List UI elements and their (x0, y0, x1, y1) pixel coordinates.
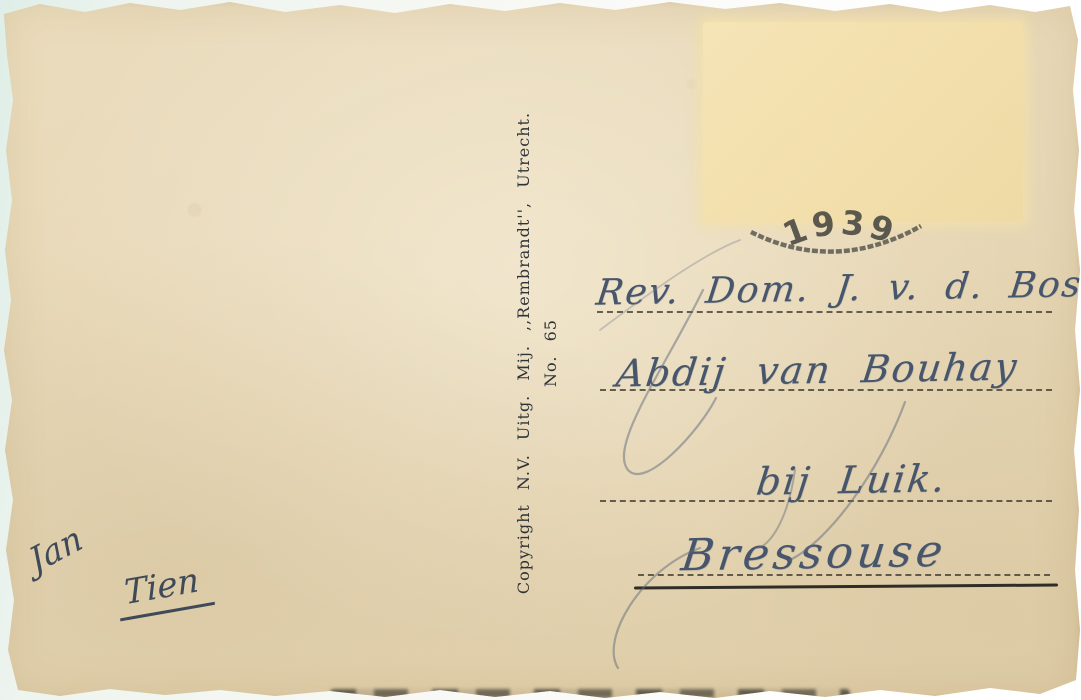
handwritten-town: Bressouse (679, 526, 950, 582)
publisher-imprint: Copyright N.V. Uitg. Mij. ,,Rembrandt'',… (510, 93, 564, 613)
handwritten-locality: bij Luik. (754, 456, 949, 503)
scan-edge-smudge (330, 689, 850, 698)
stamp-residue-patch (703, 22, 1023, 222)
scan-background: 1939 Copyright N.V. Uitg. Mij. ,,Rembran… (0, 0, 1081, 700)
address-rule-solid (634, 584, 1058, 590)
postcard-back: 1939 Copyright N.V. Uitg. Mij. ,,Rembran… (0, 0, 1081, 700)
publisher-line: Copyright N.V. Uitg. Mij. ,,Rembrandt'',… (510, 93, 537, 613)
postmark-stamp: 1939 (735, 196, 935, 276)
svg-text:1939: 1939 (777, 203, 902, 254)
handwritten-note-jan: Jan (24, 518, 88, 581)
handwritten-institution: Abdij van Bouhay (614, 345, 1021, 396)
handwritten-note-tien: Tien (117, 558, 214, 622)
postmark-year: 1939 (777, 203, 902, 254)
handwritten-addressee: Rev. Dom. J. v. d. Bosch (594, 263, 1081, 313)
series-number: No. 65 (537, 93, 564, 613)
